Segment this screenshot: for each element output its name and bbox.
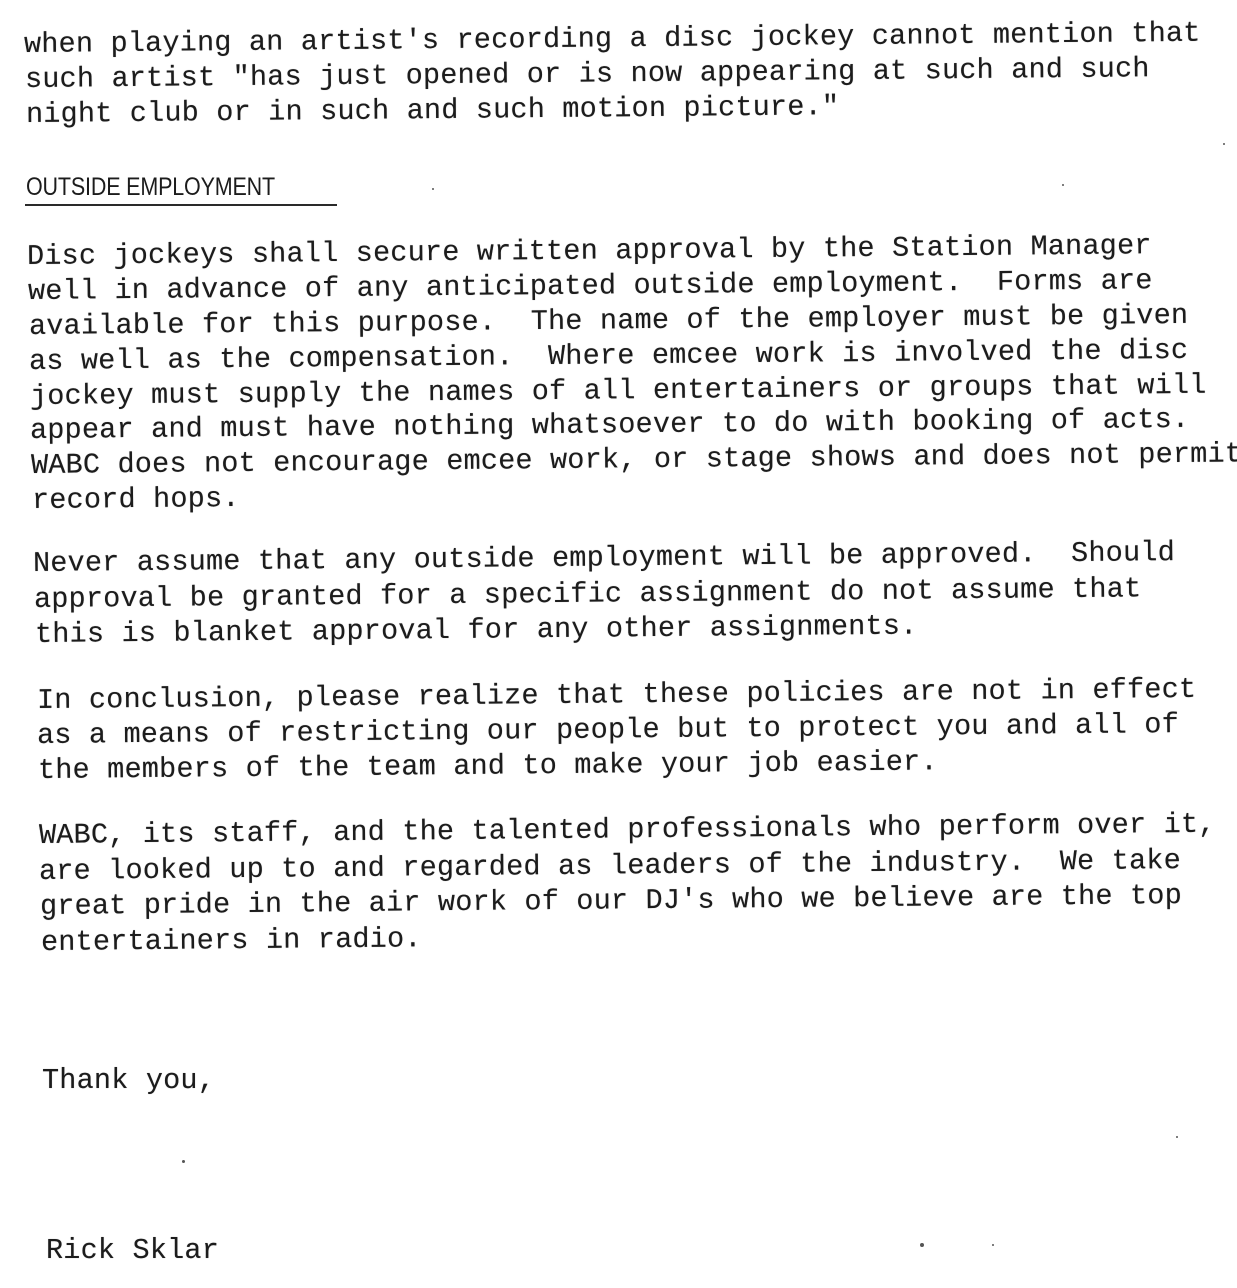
paragraph-line: record hops. bbox=[32, 482, 240, 518]
scan-speck bbox=[1062, 184, 1064, 186]
closing: Thank you, bbox=[42, 1064, 215, 1098]
paragraph-line: the members of the team and to make your… bbox=[38, 745, 938, 788]
scan-speck bbox=[1176, 1136, 1178, 1138]
document-page: when playing an artist's recording a dis… bbox=[0, 0, 1237, 1288]
scan-speck bbox=[992, 1244, 994, 1246]
signature-name: Rick Sklar bbox=[46, 1234, 219, 1268]
scan-speck bbox=[182, 1160, 185, 1163]
paragraph-line: this is blanket approval for any other a… bbox=[35, 610, 918, 652]
intro-line: night club or in such and such motion pi… bbox=[26, 90, 840, 132]
scan-speck bbox=[1223, 143, 1225, 145]
heading-underline bbox=[25, 204, 337, 206]
scan-speck bbox=[920, 1243, 924, 1247]
scan-speck bbox=[432, 188, 434, 190]
paragraph-line: entertainers in radio. bbox=[41, 922, 422, 960]
section-heading: OUTSIDE EMPLOYMENT bbox=[26, 172, 275, 202]
